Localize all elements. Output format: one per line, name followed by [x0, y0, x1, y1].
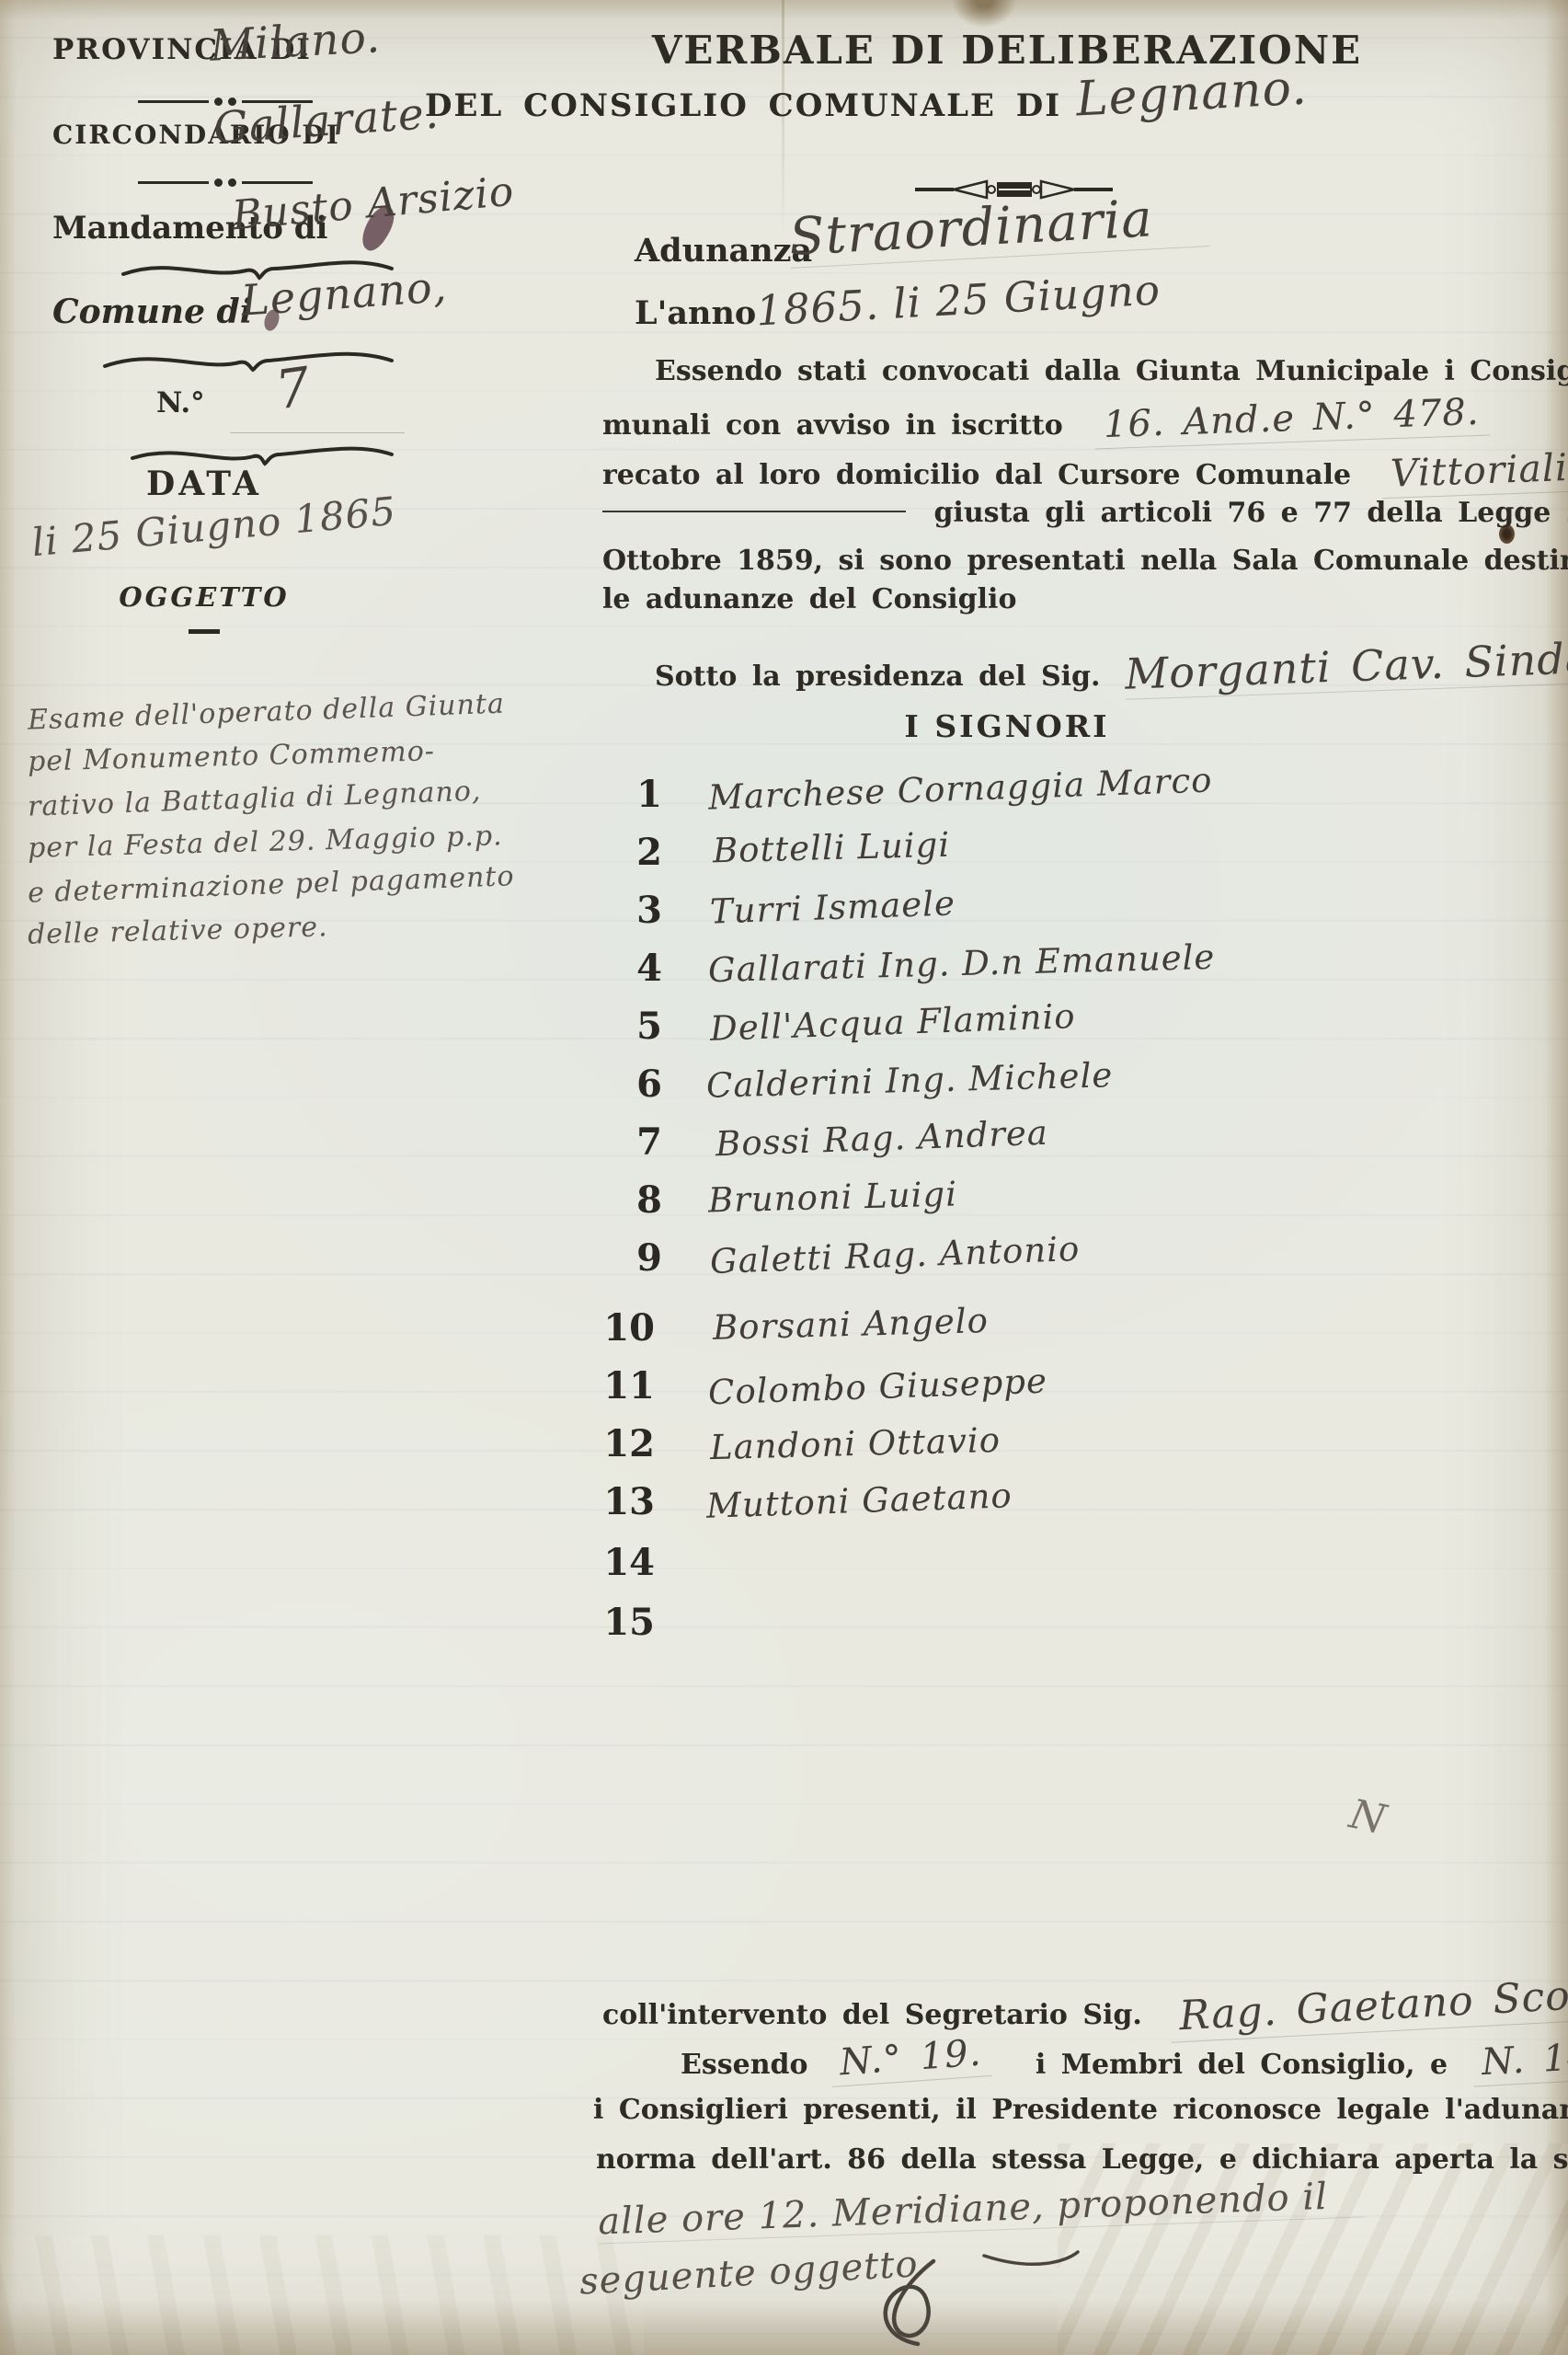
member-name: Galetti Rag. Antonio [709, 1229, 1081, 1281]
convocation-line-6: le adunanze del Consiglio [602, 583, 1016, 615]
signori-heading: I SIGNORI [478, 708, 1536, 744]
oggetto-text: Esame dell'operato della Giunta pel Monu… [28, 692, 432, 951]
member-number: 15 [589, 1601, 655, 1644]
member-number: 4 [596, 947, 662, 990]
adunanza-value: Straordinaria [788, 186, 1210, 269]
member-number: 13 [589, 1480, 655, 1523]
member-name: Borsani Angelo [712, 1301, 989, 1348]
member-number: 7 [596, 1120, 662, 1164]
member-name: Gallarati Ing. D.n Emanuele [708, 937, 1216, 990]
segretario-value-handwritten: Rag. Gaetano Scola [1169, 1970, 1568, 2042]
member-name: Brunoni Luigi [707, 1174, 957, 1220]
line4-printed: giusta gli articoli 76 e 77 della Legge … [933, 497, 1568, 529]
page-title: VERBALE DI DELIBERAZIONE [478, 28, 1536, 73]
member-number: 3 [596, 889, 662, 932]
numero-label: N.° [156, 386, 205, 419]
member-name: Bossi Rag. Andrea [715, 1113, 1048, 1165]
member-number: 10 [589, 1306, 655, 1350]
member-number: 6 [596, 1063, 662, 1106]
footer-handwritten-1: alle ore 12. Meridiane, proponendo il [597, 2174, 1365, 2244]
margin-pencil-mark: N [1345, 1790, 1391, 1844]
segretario-label: coll'intervento del Segretario Sig. [602, 1999, 1142, 2031]
member-name: Colombo Giuseppe [707, 1361, 1047, 1413]
essendo-label: Essendo [681, 2049, 808, 2081]
comune-label: Comune di [52, 293, 252, 331]
divider-line [138, 100, 209, 103]
presidenza-label: Sotto la presidenza del Sig. [655, 661, 1100, 693]
line2-printed: munali con avviso in iscritto [602, 409, 1063, 442]
anno-label: L'anno [635, 294, 756, 332]
subtitle: DEL CONSIGLIO COMUNALE DI [425, 87, 1061, 124]
divider-dot [214, 178, 223, 187]
anno-value: 1865. li 25 Giugno [755, 266, 1162, 336]
subtitle-label: DEL CONSIGLIO COMUNALE DI [425, 87, 1061, 124]
oggetto-label: OGGETTO [52, 581, 356, 613]
line3-printed: recato al loro domicilio dal Cursore Com… [602, 459, 1351, 491]
divider-line [242, 181, 313, 184]
convocation-line-2: munali con avviso in iscritto 16. And.e … [602, 401, 1472, 446]
footer-line-3: i Consiglieri presenti, il Presidente ri… [593, 2094, 1568, 2126]
flourish-underline-2 [101, 344, 395, 377]
member-number: 9 [596, 1236, 662, 1280]
presidenza-value-handwritten: Morganti Cav. Sindaco [1124, 631, 1568, 700]
membri-count-handwritten: N.° 19. [829, 2031, 991, 2087]
presenti-count-handwritten: N. 14. — [1471, 2031, 1568, 2086]
convocation-line-5: Ottobre 1859, si sono presentati nella S… [602, 545, 1568, 577]
convocation-line-4: giusta gli articoli 76 e 77 della Legge … [602, 497, 1568, 529]
essendo-line: Essendo N.° 19. i Membri del Consiglio, … [681, 2040, 1568, 2085]
member-name: Dell'Acqua Flaminio [709, 996, 1076, 1049]
member-name: Turri Ismaele [709, 883, 956, 931]
convocation-line-1: Essendo stati convocati dalla Giunta Mun… [655, 355, 1568, 387]
divider-dot [228, 178, 236, 187]
footer-line-4: norma dell'art. 86 della stessa Legge, e… [596, 2143, 1568, 2176]
member-number: 2 [596, 831, 662, 874]
provincia-value: Milano. [209, 12, 383, 72]
convocation-line-3: recato al loro domicilio dal Cursore Com… [602, 449, 1568, 496]
membri-text: i Membri del Consiglio, e [1036, 2049, 1448, 2081]
subtitle-value: Legnano. [1075, 60, 1309, 127]
ornamental-divider-2 [138, 178, 313, 187]
divider-line [138, 181, 209, 184]
member-number: 5 [596, 1005, 662, 1048]
oggetto-line: delle relative opere. [27, 902, 432, 957]
wrinkle-bottom-left [0, 2235, 644, 2355]
document-page: PROVINCIA DI Milano. CIRCONDARIO DI Gall… [0, 0, 1568, 2355]
numero-baseline [230, 432, 405, 433]
member-number: 14 [589, 1541, 655, 1584]
member-name: Muttoni Gaetano [705, 1476, 1013, 1526]
adunanza-label: Adunanza [635, 232, 812, 270]
segretario-line: coll'intervento del Segretario Sig. Rag.… [602, 1987, 1568, 2037]
member-name: Marchese Cornaggia Marco [707, 760, 1213, 817]
member-name: Bottelli Luigi [712, 825, 950, 871]
member-number: 8 [596, 1178, 662, 1222]
fill-rule [602, 511, 906, 512]
oggetto-dash [189, 629, 220, 634]
tear-top-center [952, 0, 1016, 28]
member-number: 1 [596, 773, 662, 816]
avviso-number-handwritten: 16. And.e N.° 478. [1093, 391, 1489, 450]
member-number: 12 [589, 1422, 655, 1465]
member-name: Landoni Ottavio [709, 1420, 1001, 1467]
presidenza-line: Sotto la presidenza del Sig. Morganti Ca… [655, 646, 1568, 696]
cursore-name-handwritten: Vittoriali Martino [1380, 439, 1568, 499]
member-number: 11 [589, 1364, 655, 1407]
member-name: Calderini Ing. Michele [706, 1055, 1114, 1106]
signature-flourish [846, 2245, 1085, 2355]
